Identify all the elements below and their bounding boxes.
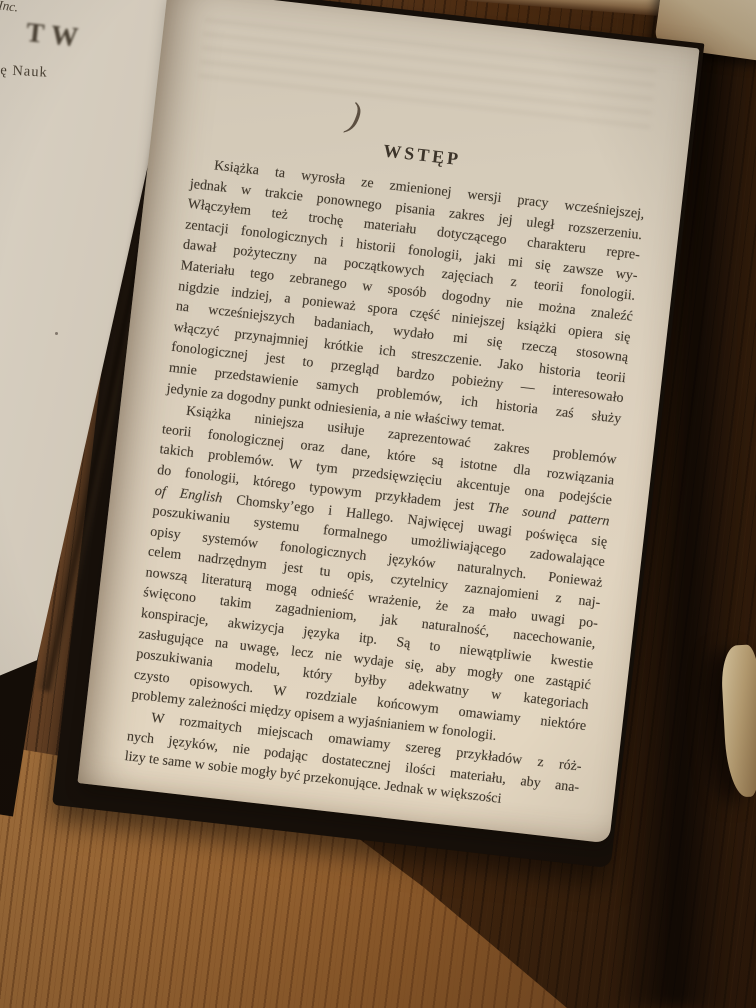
body-text: Książka ta wyrosła ze zmienionej wersji … bbox=[123, 154, 645, 819]
right-page: WSTĘP Książka ta wyrosła ze zmienionej w… bbox=[77, 0, 699, 843]
dust-speck bbox=[55, 332, 58, 335]
library-stamp: TW bbox=[25, 17, 87, 54]
page-body: WSTĘP Książka ta wyrosła ze zmienionej w… bbox=[77, 0, 699, 843]
publisher-fragment: , Inc. bbox=[0, 0, 19, 16]
book-photo: , Inc. TW mię Nauk WSTĘP Książka ta wyro… bbox=[0, 0, 756, 1008]
imprint-fragment: mię Nauk bbox=[0, 61, 48, 81]
